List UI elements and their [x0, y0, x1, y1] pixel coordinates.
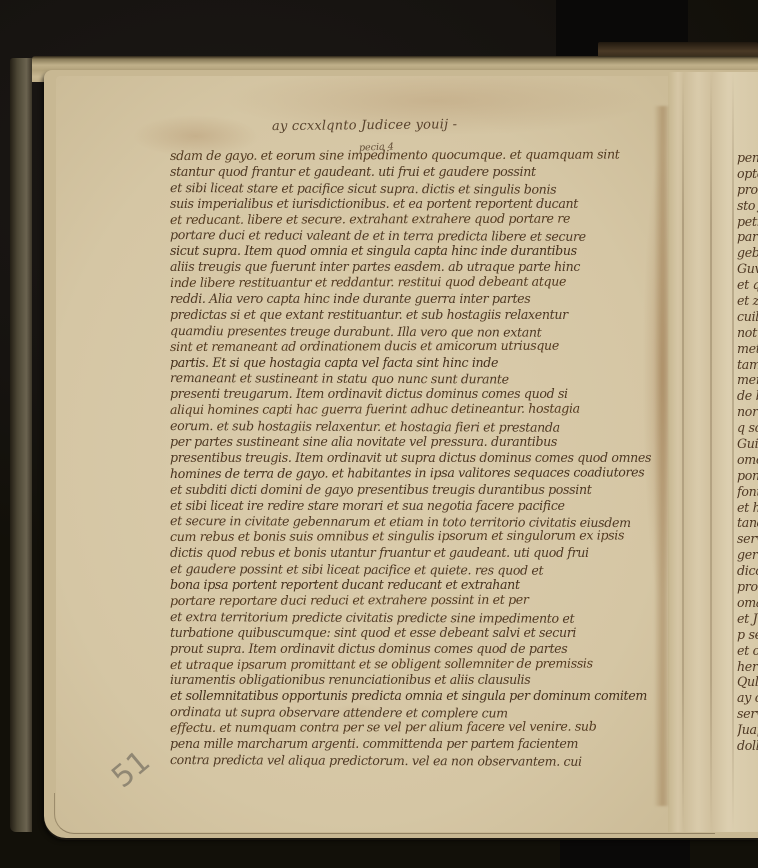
facing-text-line: gebe: [737, 245, 758, 261]
facing-text-line: petro: [737, 214, 758, 230]
text-line: iuramentis obligationibus renunciationib…: [170, 672, 666, 688]
facing-text-line: p se: [737, 627, 758, 643]
text-line: dictis quod rebus et bonis utantur fruan…: [170, 545, 666, 561]
text-line: pena mille marcharum argenti. committend…: [170, 736, 666, 752]
facing-text-line: pone: [737, 468, 758, 484]
text-line: reddi. Alia vero capta hinc inde durante…: [170, 291, 666, 307]
running-header: ay ccxxlqnto Judicee youij -: [272, 117, 492, 134]
text-line: suis imperialibus et iurisdictionibus. e…: [170, 196, 666, 212]
text-line: cum rebus et bonis suis omnibus et singu…: [170, 528, 666, 546]
facing-text-line: opten: [737, 166, 758, 182]
text-line: sdam de gayo. et eorum sine impedimento …: [170, 146, 666, 164]
facing-text-line: et Ju: [737, 611, 758, 627]
facing-text-line: prot: [737, 182, 758, 198]
facing-page-gutter: penoptenprotsto JpetroparigebeGuvet qet …: [668, 72, 758, 832]
facing-text-line: de bu: [737, 388, 758, 404]
text-line: et subditi dicti domini de gayo presenti…: [170, 482, 666, 498]
text-line: et sibi liceat stare et pacifice sicut s…: [170, 180, 666, 198]
facing-text-line: sto J: [737, 198, 758, 214]
facing-text-line: dicor: [737, 563, 758, 579]
facing-text-line: pro s: [737, 579, 758, 595]
text-line: portare duci et reduci valeant de et in …: [170, 227, 666, 245]
pencil-folio-number: 51: [105, 744, 157, 795]
text-line: sint et remaneant ad ordinationem ducis …: [170, 337, 666, 355]
text-line: prout supra. Item ordinavit dictus domin…: [170, 641, 666, 657]
text-line: inde libere restituantur et reddantur. r…: [170, 273, 666, 291]
text-line: partis. Et si que hostagia capta vel fac…: [170, 355, 666, 371]
facing-text-line: heru: [737, 659, 758, 675]
text-line: et gaudere possint et sibi liceat pacifi…: [170, 561, 666, 579]
facing-text-line: dolla: [737, 738, 758, 754]
facing-text-line: mer: [737, 372, 758, 388]
manuscript-photo: penoptenprotsto JpetroparigebeGuvet qet …: [0, 0, 758, 868]
text-line: effectu. et numquam contra per se vel pe…: [170, 718, 666, 736]
fold-line: [710, 72, 712, 832]
facing-text-line: pari: [737, 229, 758, 245]
fold-line: [732, 72, 734, 832]
facing-text-line: tamb: [737, 357, 758, 373]
facing-text-line: oma: [737, 595, 758, 611]
text-line: et utraque ipsarum promittant et se obli…: [170, 655, 666, 673]
facing-text-line: Guip: [737, 436, 758, 452]
text-line: contra predicta vel aliqua predictorum. …: [170, 752, 666, 770]
cover-edge-left: [10, 58, 32, 832]
manuscript-page: ay ccxxlqnto Judicee youij - pecia 4 sda…: [56, 76, 668, 832]
text-line: portare reportare duci reduci et extrahe…: [170, 591, 666, 609]
facing-text-line: omo: [737, 452, 758, 468]
text-line: et sollemnitatibus opportunis predicta o…: [170, 688, 666, 704]
facing-page-text: penoptenprotsto JpetroparigebeGuvet qet …: [737, 150, 758, 754]
facing-text-line: et z: [737, 293, 758, 309]
text-line: presentibus treugis. Item ordinavit ut s…: [170, 450, 666, 466]
book-block: penoptenprotsto JpetroparigebeGuvet qet …: [10, 42, 758, 834]
facing-text-line: pen: [737, 150, 758, 166]
fold-line: [682, 72, 684, 832]
text-line: predictas si et que extant restituantur.…: [170, 307, 666, 323]
facing-text-line: et q: [737, 277, 758, 293]
facing-text-line: et ob: [737, 643, 758, 659]
facing-text-line: geru: [737, 547, 758, 563]
facing-text-line: Juap: [737, 722, 758, 738]
text-line: per partes sustineant sine alia novitate…: [170, 434, 666, 450]
text-line: stantur quod frantur et gaudeant. uti fr…: [170, 164, 666, 180]
text-line: et sibi liceat ire redire stare morari e…: [170, 498, 666, 514]
facing-text-line: notu: [737, 325, 758, 341]
facing-text-line: cuill: [737, 309, 758, 325]
text-line: turbatione quibuscumque: sint quod et es…: [170, 625, 666, 641]
text-line: homines de terra de gayo. et habitantes …: [170, 464, 666, 482]
text-line: sicut supra. Item quod omnia et singula …: [170, 243, 666, 259]
facing-text-line: servo: [737, 706, 758, 722]
facing-text-line: norb: [737, 404, 758, 420]
facing-text-line: font: [737, 484, 758, 500]
text-line: aliqui homines capti hac guerra fuerint …: [170, 401, 666, 419]
text-line: remaneant et sustineant in statu quo nun…: [170, 370, 666, 388]
facing-text-line: q sca: [737, 420, 758, 436]
facing-text-line: Guv: [737, 261, 758, 277]
text-block: sdam de gayo. et eorum sine impedimento …: [170, 148, 666, 768]
text-line: et extra territorium predicte civitatis …: [170, 609, 666, 627]
facing-text-line: ay co: [737, 690, 758, 706]
facing-text-line: serv: [737, 531, 758, 547]
facing-text-line: metr: [737, 341, 758, 357]
facing-text-line: et hu: [737, 500, 758, 516]
facing-text-line: tand: [737, 515, 758, 531]
text-line: eorum. et sub hostagiis relaxentur. et h…: [170, 418, 666, 436]
facing-text-line: Quls: [737, 674, 758, 690]
text-line: et reducant. libere et secure. extrahant…: [170, 210, 666, 228]
